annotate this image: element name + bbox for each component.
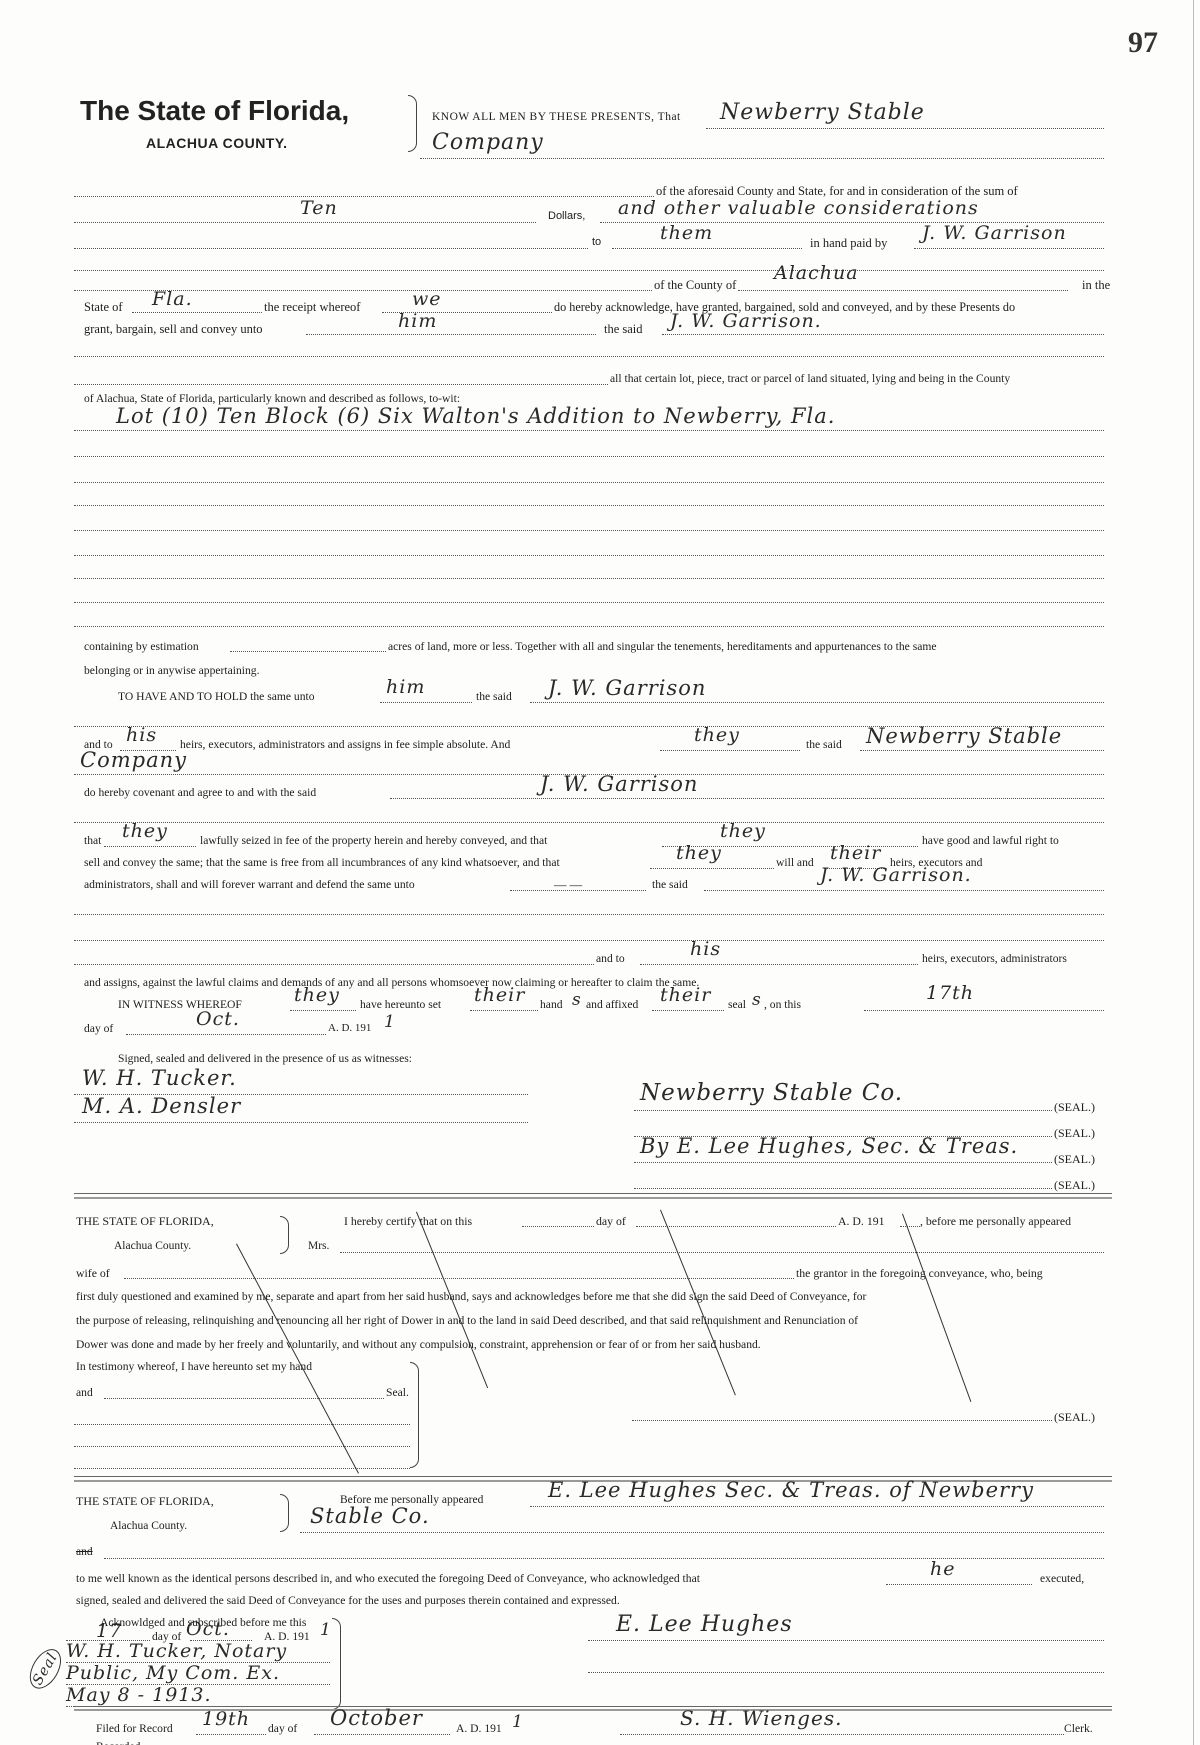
dower-para-1: first duly questioned and examined by me… bbox=[76, 1290, 866, 1303]
the-said-label: the said bbox=[476, 690, 512, 703]
dotted-line bbox=[620, 1734, 1064, 1735]
dotted-line bbox=[132, 312, 262, 313]
seal-text-4: (SEAL.) bbox=[1054, 1178, 1095, 1193]
dotted-line bbox=[74, 1468, 410, 1469]
that-value: they bbox=[122, 820, 168, 842]
ack-state: THE STATE OF FLORIDA, bbox=[76, 1494, 214, 1509]
set-value: their bbox=[474, 984, 525, 1006]
dotted-line bbox=[634, 1188, 1052, 1189]
and-to-label-2: and to bbox=[596, 952, 625, 965]
dotted-line bbox=[660, 750, 800, 751]
dower-before-me: , before me personally appeared bbox=[920, 1214, 1071, 1229]
to-have-text: TO HAVE AND TO HOLD the same unto bbox=[118, 690, 315, 703]
grant-text: grant, bargain, sell and convey unto bbox=[84, 322, 263, 337]
said-label: the said bbox=[806, 738, 842, 751]
dotted-line bbox=[74, 822, 1104, 823]
filed-label: Filed for Record bbox=[96, 1722, 173, 1735]
sell-value: they bbox=[676, 842, 722, 864]
whereof-value: they bbox=[294, 984, 340, 1006]
other-considerations: and other valuable considerations bbox=[618, 197, 979, 219]
dotted-line bbox=[914, 248, 1104, 249]
witness-1: W. H. Tucker. bbox=[82, 1066, 237, 1090]
filed-day: 19th bbox=[202, 1708, 250, 1730]
hand-suffix: s bbox=[572, 990, 582, 1010]
notary-line-2: Public, My Com. Ex. bbox=[66, 1662, 280, 1684]
day-value: 17th bbox=[926, 982, 974, 1004]
executed-text: executed, bbox=[1040, 1572, 1084, 1585]
testimony-text: In testimony whereof, I have hereunto se… bbox=[76, 1360, 312, 1373]
right-text: have good and lawful right to bbox=[922, 834, 1059, 847]
ack-signature: E. Lee Hughes bbox=[616, 1612, 793, 1637]
covenant-text: do hereby covenant and agree to and with… bbox=[84, 786, 316, 799]
grantee-pronoun: him bbox=[398, 310, 437, 332]
dotted-line bbox=[864, 1010, 1104, 1011]
paid-by-value: J. W. Garrison bbox=[922, 222, 1067, 244]
unto-dash: — — bbox=[554, 878, 582, 893]
dotted-line bbox=[390, 798, 1104, 799]
unto-value: him bbox=[386, 676, 425, 698]
dotted-line bbox=[290, 1010, 356, 1011]
dotted-line bbox=[634, 1110, 1052, 1111]
ack-day: 17 bbox=[96, 1620, 122, 1642]
dotted-line bbox=[314, 1734, 450, 1735]
appeared-line-2: Stable Co. bbox=[310, 1504, 430, 1528]
dower-para-3: Dower was done and made by her freely an… bbox=[76, 1338, 761, 1351]
dotted-line bbox=[74, 270, 1104, 271]
dotted-line bbox=[704, 890, 1104, 891]
dower-brace-2 bbox=[410, 1362, 419, 1468]
appeared-line-1: E. Lee Hughes Sec. & Treas. of Newberry bbox=[548, 1478, 1034, 1502]
ack-county: Alachua County. bbox=[110, 1520, 187, 1532]
filed-day-of: day of bbox=[268, 1722, 297, 1735]
signature-1: Newberry Stable Co. bbox=[640, 1080, 903, 1106]
his-value: his bbox=[126, 724, 157, 746]
notary-seal-mark: Seal bbox=[23, 1644, 67, 1694]
dower-county: Alachua County. bbox=[114, 1240, 191, 1252]
dotted-line bbox=[74, 1446, 410, 1447]
dotted-line bbox=[74, 196, 654, 197]
month-value: Oct. bbox=[196, 1008, 240, 1030]
dotted-line bbox=[74, 430, 1104, 431]
dotted-line bbox=[74, 505, 1104, 506]
grantor-line-1 bbox=[706, 128, 1104, 129]
the-said-label: the said bbox=[604, 322, 643, 337]
seal-label: Seal. bbox=[386, 1386, 409, 1399]
recorded-label: Recorded bbox=[96, 1740, 140, 1745]
dotted-line bbox=[74, 626, 1104, 627]
cancel-stroke bbox=[902, 1214, 971, 1402]
grantee-name: J. W. Garrison. bbox=[670, 310, 822, 332]
dotted-line bbox=[634, 1162, 1052, 1163]
dotted-line bbox=[74, 1122, 528, 1123]
and-label: and bbox=[76, 1386, 93, 1399]
amount-value: Ten bbox=[300, 197, 338, 219]
dotted-line bbox=[900, 1226, 920, 1227]
dotted-line bbox=[126, 1034, 326, 1035]
acres-text: acres of land, more or less. Together wi… bbox=[388, 640, 937, 653]
dotted-line bbox=[124, 1278, 794, 1279]
seal-label: seal bbox=[728, 998, 746, 1011]
assigns-text: and assigns, against the lawful claims a… bbox=[84, 976, 699, 989]
ack-month: Oct. bbox=[186, 1618, 230, 1640]
containing-text: containing by estimation bbox=[84, 640, 199, 653]
well-known-text: to me well known as the identical person… bbox=[76, 1572, 700, 1585]
state-value: Fla. bbox=[152, 288, 193, 310]
said-label-2: the said bbox=[652, 878, 688, 891]
wife-of-label: wife of bbox=[76, 1266, 110, 1281]
dotted-line bbox=[74, 356, 1104, 357]
filed-month: October bbox=[330, 1706, 423, 1730]
dotted-line bbox=[74, 602, 1104, 603]
sell-text: sell and convey the same; that the same … bbox=[84, 856, 560, 869]
receipt-label: the receipt whereof bbox=[264, 300, 360, 315]
clerk-name: S. H. Wienges. bbox=[680, 1706, 842, 1730]
dotted-line bbox=[530, 1506, 1104, 1507]
grantor-text: the grantor in the foregoing conveyance,… bbox=[796, 1266, 1043, 1281]
ad-label: A. D. 191 bbox=[328, 1022, 371, 1034]
dotted-line bbox=[650, 868, 774, 869]
dotted-line bbox=[104, 846, 196, 847]
on-this-label: , on this bbox=[764, 998, 801, 1011]
dower-para-2: the purpose of releasing, relinquishing … bbox=[76, 1314, 858, 1327]
dotted-line bbox=[738, 290, 1068, 291]
in-the-text: in the bbox=[1082, 278, 1110, 293]
dollars-label: Dollars, bbox=[548, 210, 585, 222]
receipt-value: we bbox=[412, 288, 442, 310]
day-of-label: day of bbox=[84, 1022, 113, 1035]
signature-3: By E. Lee Hughes, Sec. & Treas. bbox=[640, 1134, 1018, 1158]
company-name-2: Company bbox=[80, 748, 187, 772]
dower-day-of: day of bbox=[596, 1214, 626, 1229]
section-divider bbox=[74, 1193, 1112, 1199]
of-county-label: of the County of bbox=[654, 278, 736, 293]
dotted-line bbox=[340, 1252, 1104, 1253]
seal-text-2: (SEAL.) bbox=[1054, 1126, 1095, 1141]
page-edge bbox=[1193, 0, 1200, 1745]
state-title: The State of Florida, bbox=[80, 95, 349, 127]
dower-ad: A. D. 191 bbox=[838, 1214, 885, 1229]
dotted-line bbox=[196, 1734, 266, 1735]
dotted-line bbox=[612, 248, 802, 249]
county-value: Alachua bbox=[774, 262, 859, 284]
that-label: that bbox=[84, 834, 101, 847]
state-of-label: State of bbox=[84, 300, 123, 315]
seized-text: lawfully seized in fee of the property h… bbox=[200, 834, 547, 847]
dotted-line bbox=[74, 1424, 410, 1425]
admin-text: administrators, shall and will forever w… bbox=[84, 878, 415, 891]
land-description: Lot (10) Ten Block (6) Six Walton's Addi… bbox=[116, 404, 835, 428]
witness-2: M. A. Densler bbox=[82, 1094, 241, 1118]
dotted-line bbox=[470, 1010, 538, 1011]
that-value-2: they bbox=[720, 820, 766, 842]
filed-year-suffix: 1 bbox=[512, 1712, 524, 1732]
county-title: ALACHUA COUNTY. bbox=[146, 135, 288, 151]
dotted-line bbox=[652, 1010, 724, 1011]
his-value-2: his bbox=[690, 938, 721, 960]
dower-seal: (SEAL.) bbox=[1054, 1410, 1095, 1425]
year-suffix: 1 bbox=[384, 1012, 396, 1032]
dotted-line bbox=[74, 482, 1104, 483]
know-all-men-text: KNOW ALL MEN BY THESE PRESENTS, That bbox=[432, 111, 681, 123]
dotted-line bbox=[74, 964, 594, 965]
seal-text-1: (SEAL.) bbox=[1054, 1100, 1095, 1115]
dotted-line bbox=[300, 1532, 1104, 1533]
belonging-text: belonging or in anywise appertaining. bbox=[84, 664, 259, 677]
habendum-name: J. W. Garrison bbox=[548, 676, 706, 700]
certify-text: I hereby certify that on this bbox=[344, 1214, 472, 1229]
dotted-line bbox=[74, 248, 588, 249]
their-value: their bbox=[830, 842, 881, 864]
defend-name: J. W. Garrison. bbox=[820, 864, 972, 886]
dotted-line bbox=[74, 222, 536, 223]
covenant-name: J. W. Garrison bbox=[540, 772, 698, 796]
dotted-line bbox=[588, 1672, 1104, 1673]
and-struck: and bbox=[76, 1546, 93, 1558]
heirs-exec-text-2: heirs, executors, administrators bbox=[922, 952, 1067, 965]
to-label: to bbox=[592, 236, 601, 248]
will-and-label: will and bbox=[776, 856, 814, 869]
dotted-line bbox=[588, 1640, 1104, 1641]
mrs-label: Mrs. bbox=[308, 1240, 329, 1252]
dotted-line bbox=[74, 914, 1104, 915]
notary-line-1: W. H. Tucker, Notary bbox=[66, 1640, 287, 1662]
grantor-name-2: Company bbox=[432, 130, 544, 155]
dotted-line bbox=[74, 456, 1104, 457]
heirs-text: heirs, executors, administrators and ass… bbox=[180, 738, 510, 751]
dotted-line bbox=[230, 651, 386, 652]
dotted-line bbox=[74, 940, 1104, 941]
dotted-line bbox=[632, 1420, 1052, 1421]
paid-by-label: in hand paid by bbox=[810, 236, 887, 251]
they-value: they bbox=[694, 724, 740, 746]
dotted-line bbox=[886, 1584, 1032, 1585]
company-name-1: Newberry Stable bbox=[866, 724, 1062, 748]
seal-text-3: (SEAL.) bbox=[1054, 1152, 1095, 1167]
affixed-value: their bbox=[660, 984, 711, 1006]
ack-signed-text: signed, sealed and delivered the said De… bbox=[76, 1594, 620, 1607]
ack-brace bbox=[280, 1494, 289, 1532]
dotted-line bbox=[74, 555, 1104, 556]
dower-state: THE STATE OF FLORIDA, bbox=[76, 1214, 214, 1229]
dotted-line bbox=[860, 750, 1104, 751]
dotted-line bbox=[104, 1398, 384, 1399]
set-label: have hereunto set bbox=[360, 998, 441, 1011]
dotted-line bbox=[380, 702, 472, 703]
dotted-line bbox=[306, 334, 596, 335]
dower-brace bbox=[280, 1216, 289, 1254]
dotted-line bbox=[74, 530, 1104, 531]
dotted-line bbox=[530, 702, 1104, 703]
dotted-line bbox=[640, 964, 918, 965]
grantor-line-2 bbox=[420, 158, 1104, 159]
clerk-label: Clerk. bbox=[1064, 1722, 1093, 1735]
he-value: he bbox=[930, 1558, 955, 1580]
dotted-line bbox=[74, 384, 608, 385]
header-brace bbox=[408, 95, 417, 152]
ack-year-suffix: 1 bbox=[320, 1620, 332, 1640]
grantor-name-1: Newberry Stable bbox=[720, 100, 925, 125]
dotted-line bbox=[74, 578, 1104, 579]
affixed-label: and affixed bbox=[586, 998, 638, 1011]
certain-lot-text: all that certain lot, piece, tract or pa… bbox=[610, 372, 1010, 385]
notary-line-3: May 8 - 1913. bbox=[66, 1684, 212, 1706]
ack-brace-2 bbox=[332, 1618, 341, 1710]
page-number: 97 bbox=[1128, 26, 1158, 60]
dotted-line bbox=[522, 1226, 594, 1227]
hand-label: hand bbox=[540, 998, 563, 1011]
to-value: them bbox=[660, 222, 713, 244]
dotted-line bbox=[662, 334, 1104, 335]
filed-ad: A. D. 191 bbox=[456, 1722, 502, 1735]
signed-text: Signed, sealed and delivered in the pres… bbox=[118, 1052, 412, 1065]
seal-suffix: s bbox=[752, 990, 762, 1010]
